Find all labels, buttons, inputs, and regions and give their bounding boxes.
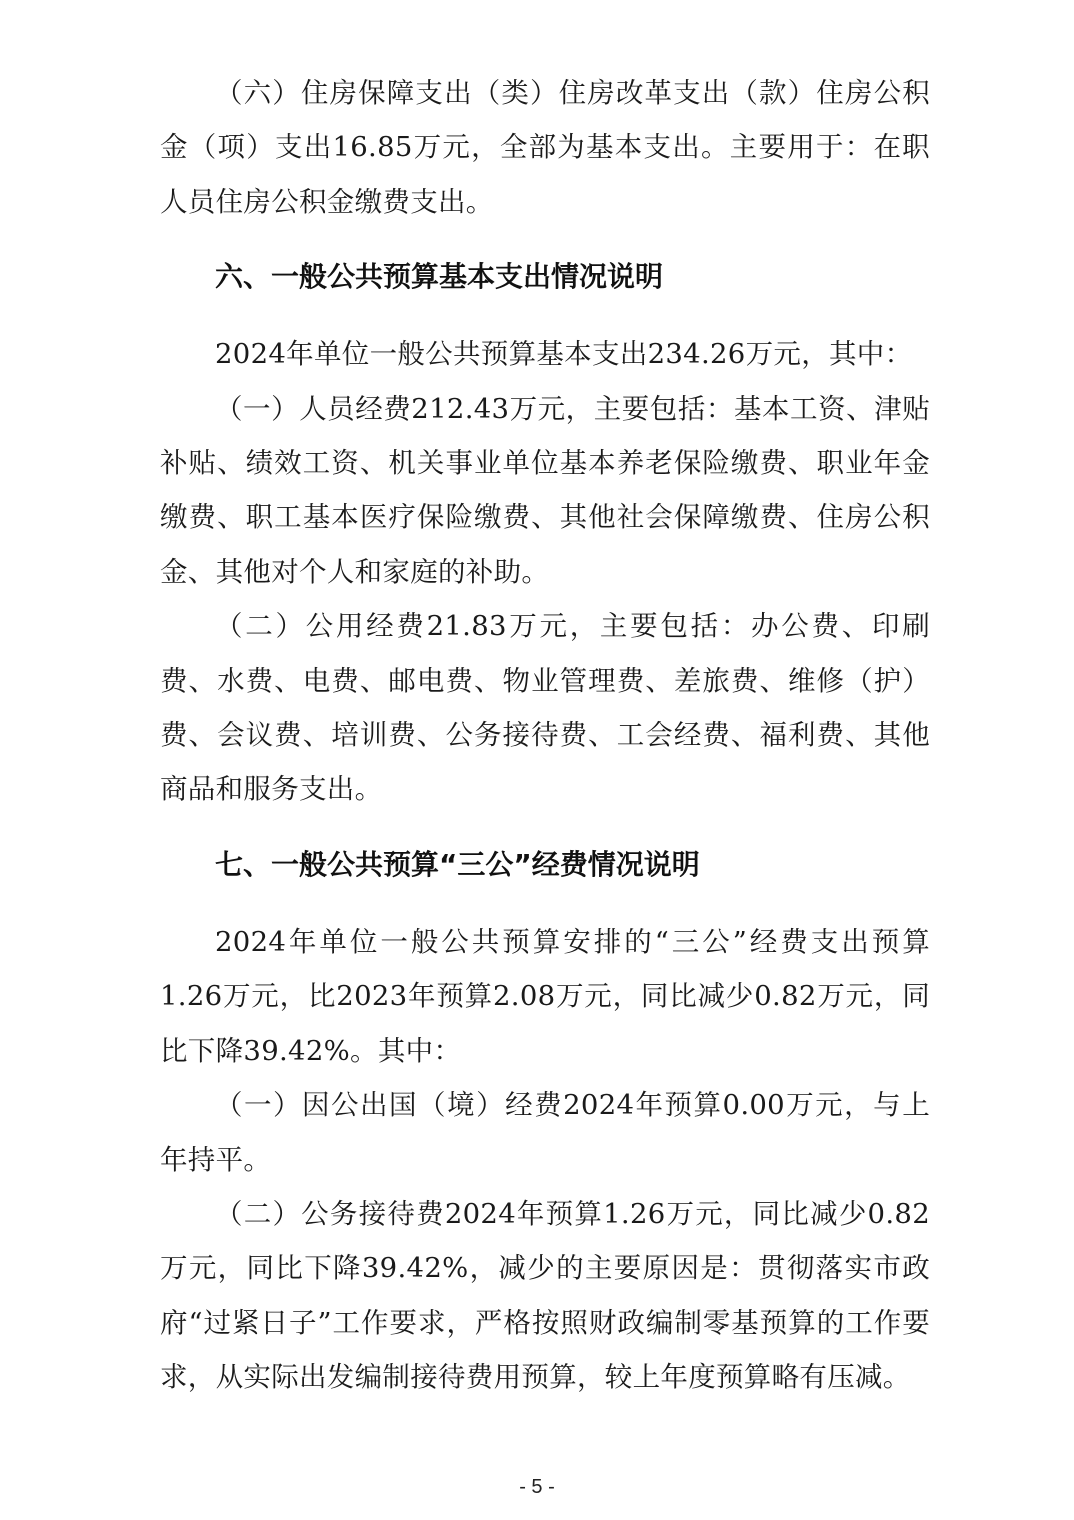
paragraph-personnel-expenses: （一）人员经费212.43万元，主要包括：基本工资、津贴补贴、绩效工资、机关事业… (160, 382, 930, 600)
document-page: （六）住房保障支出（类）住房改革支出（款）住房公积金（项）支出16.85万元，全… (160, 66, 930, 1405)
paragraph-housing-fund: （六）住房保障支出（类）住房改革支出（款）住房公积金（项）支出16.85万元，全… (160, 66, 930, 229)
paragraph-public-expenses: （二）公用经费21.83万元，主要包括：办公费、印刷费、水费、电费、邮电费、物业… (160, 599, 930, 817)
section-heading-three-public-expenses: 七、一般公共预算“三公”经费情况说明 (160, 845, 930, 885)
paragraph-basic-expenditure-total: 2024年单位一般公共预算基本支出234.26万元，其中： (160, 327, 930, 381)
paragraph-three-public-total: 2024年单位一般公共预算安排的“三公”经费支出预算1.26万元，比2023年预… (160, 915, 930, 1078)
section-heading-basic-expenditure: 六、一般公共预算基本支出情况说明 (160, 257, 930, 297)
paragraph-official-reception: （二）公务接待费2024年预算1.26万元，同比减少0.82万元，同比下降39.… (160, 1187, 930, 1405)
paragraph-overseas-travel: （一）因公出国（境）经费2024年预算0.00万元，与上年持平。 (160, 1078, 930, 1187)
page-number: - 5 - (0, 1476, 1074, 1499)
